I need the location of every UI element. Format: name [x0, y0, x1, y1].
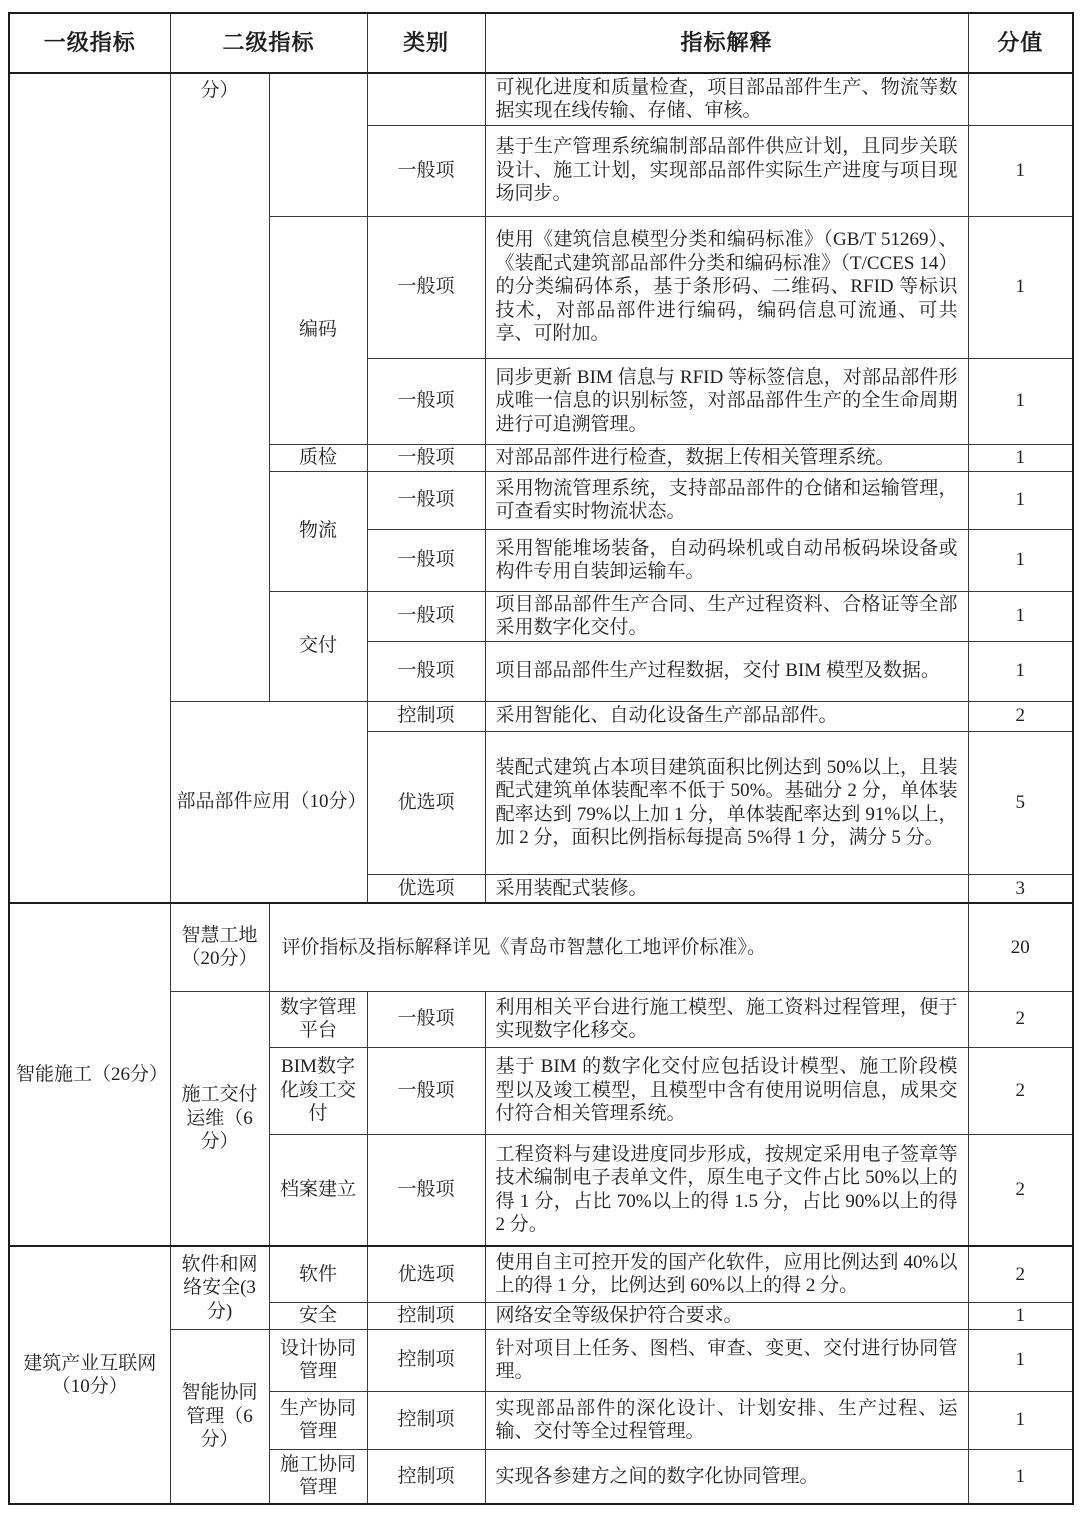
category-cell: 一般项 [367, 591, 485, 641]
score-cell: 1 [968, 1391, 1073, 1449]
category-cell: 一般项 [367, 991, 485, 1047]
score-cell: 5 [968, 731, 1073, 874]
level1-cell-empty [9, 73, 170, 903]
explanation-cell: 针对项目上任务、图档、审查、变更、交付进行协同管理。 [485, 1329, 968, 1391]
header-level1-indicator: 一级指标 [9, 13, 170, 73]
indicator-table: 一级指标 二级指标 类别 指标解释 分值 分） 可视化进度和质量检查，项目部品部… [8, 12, 1074, 1505]
level2-item-cell-empty [269, 73, 367, 216]
category-cell: 一般项 [367, 1134, 485, 1246]
explanation-cell: 实现部品部件的深化设计、计划安排、生产过程、运输、交付等全过程管理。 [485, 1391, 968, 1449]
category-cell: 控制项 [367, 1391, 485, 1449]
level2-item-cell: 软件 [269, 1246, 367, 1302]
level2-item-cell: 数字管理平台 [269, 991, 367, 1047]
category-cell: 优选项 [367, 731, 485, 874]
level2-group-cell: 施工交付运维（6分） [170, 991, 269, 1246]
explanation-cell: 采用装配式装修。 [485, 874, 968, 903]
header-category: 类别 [367, 13, 485, 73]
score-cell: 1 [968, 444, 1073, 471]
level2-item-cell: 设计协同管理 [269, 1329, 367, 1391]
explanation-cell: 对部品部件进行检查，数据上传相关管理系统。 [485, 444, 968, 471]
score-cell: 1 [968, 529, 1073, 591]
score-cell: 2 [968, 1246, 1073, 1302]
score-cell: 1 [968, 1329, 1073, 1391]
score-cell: 1 [968, 125, 1073, 216]
category-cell: 一般项 [367, 125, 485, 216]
level2-item-cell: 生产协同管理 [269, 1391, 367, 1449]
explanation-cell: 采用智能化、自动化设备生产部品部件。 [485, 701, 968, 731]
explanation-cell-wide: 评价指标及指标解释详见《青岛市智慧化工地评价标准》。 [269, 903, 968, 991]
category-cell: 控制项 [367, 1302, 485, 1329]
level1-cell: 建筑产业互联网（10分） [9, 1246, 170, 1504]
explanation-cell: 基于 BIM 的数字化交付应包括设计模型、施工阶段模型以及竣工模型，且模型中含有… [485, 1047, 968, 1134]
explanation-cell: 使用自主可控开发的国产化软件，应用比例达到 40%以上的得 1 分，比例达到 6… [485, 1246, 968, 1302]
score-cell: 1 [968, 471, 1073, 529]
score-cell: 1 [968, 591, 1073, 641]
header-score: 分值 [968, 13, 1073, 73]
score-cell: 2 [968, 1134, 1073, 1246]
score-cell: 2 [968, 1047, 1073, 1134]
level2-item-cell: 档案建立 [269, 1134, 367, 1246]
category-cell: 控制项 [367, 701, 485, 731]
level2-group-cell: 软件和网络安全(3分) [170, 1246, 269, 1329]
header-explanation: 指标解释 [485, 13, 968, 73]
category-cell: 一般项 [367, 358, 485, 444]
score-cell [968, 73, 1073, 125]
category-cell: 优选项 [367, 874, 485, 903]
level2-item-cell: 施工协同管理 [269, 1449, 367, 1504]
table-row: 分） 可视化进度和质量检查，项目部品部件生产、物流等数据实现在线传输、存储、审核… [9, 73, 1073, 125]
category-cell [367, 73, 485, 125]
score-cell: 1 [968, 1449, 1073, 1504]
score-cell: 2 [968, 701, 1073, 731]
score-cell: 3 [968, 874, 1073, 903]
score-cell: 1 [968, 216, 1073, 358]
explanation-cell: 实现各参建方之间的数字化协同管理。 [485, 1449, 968, 1504]
score-cell: 1 [968, 641, 1073, 701]
level2-item-cell: 质检 [269, 444, 367, 471]
level2-item-cell: BIM数字化竣工交付 [269, 1047, 367, 1134]
explanation-cell: 装配式建筑占本项目建筑面积比例达到 50%以上，且装配式建筑单体装配率不低于 5… [485, 731, 968, 874]
category-cell: 一般项 [367, 641, 485, 701]
explanation-cell: 可视化进度和质量检查，项目部品部件生产、物流等数据实现在线传输、存储、审核。 [485, 73, 968, 125]
level2-group-cell: 智能协同管理（6分） [170, 1329, 269, 1504]
document-page: 一级指标 二级指标 类别 指标解释 分值 分） 可视化进度和质量检查，项目部品部… [8, 12, 1072, 1505]
table-row-section-industry-internet: 建筑产业互联网（10分） 软件和网络安全(3分) 软件 优选项 使用自主可控开发… [9, 1246, 1073, 1302]
level2-item-cell: 编码 [269, 216, 367, 444]
level2-item-cell: 交付 [269, 591, 367, 701]
level2-group-cell: 智慧工地（20分） [170, 903, 269, 991]
explanation-cell: 项目部品部件生产过程数据，交付 BIM 模型及数据。 [485, 641, 968, 701]
score-cell: 1 [968, 358, 1073, 444]
category-cell: 一般项 [367, 471, 485, 529]
explanation-cell: 利用相关平台进行施工模型、施工资料过程管理，便于实现数字化移交。 [485, 991, 968, 1047]
explanation-cell: 工程资料与建设进度同步形成，按规定采用电子签章等技术编制电子表单文件，原生电子文… [485, 1134, 968, 1246]
score-cell: 2 [968, 991, 1073, 1047]
explanation-cell: 采用物流管理系统，支持部品部件的仓储和运输管理，可查看实时物流状态。 [485, 471, 968, 529]
explanation-cell: 项目部品部件生产合同、生产过程资料、合格证等全部采用数字化交付。 [485, 591, 968, 641]
category-cell: 优选项 [367, 1246, 485, 1302]
score-cell: 1 [968, 1302, 1073, 1329]
header-level2-indicator: 二级指标 [170, 13, 367, 73]
table-row-section-smart-construction: 智能施工（26分） 智慧工地（20分） 评价指标及指标解释详见《青岛市智慧化工地… [9, 903, 1073, 991]
explanation-cell: 使用《建筑信息模型分类和编码标准》（GB/T 51269）、《装配式建筑部品部件… [485, 216, 968, 358]
level1-cell: 智能施工（26分） [9, 903, 170, 1246]
score-cell: 20 [968, 903, 1073, 991]
category-cell: 一般项 [367, 1047, 485, 1134]
table-header-row: 一级指标 二级指标 类别 指标解释 分值 [9, 13, 1073, 73]
category-cell: 一般项 [367, 444, 485, 471]
category-cell: 一般项 [367, 529, 485, 591]
explanation-cell: 基于生产管理系统编制部品部件供应计划，且同步关联设计、施工计划，实现部品部件实际… [485, 125, 968, 216]
explanation-cell: 采用智能堆场装备，自动码垛机或自动吊板码垛设备或构件专用自装卸运输车。 [485, 529, 968, 591]
level2-group-cell-continuation: 分） [170, 73, 269, 701]
level2-item-cell: 物流 [269, 471, 367, 591]
explanation-cell: 同步更新 BIM 信息与 RFID 等标签信息，对部品部件形成唯一信息的识别标签… [485, 358, 968, 444]
explanation-cell: 网络安全等级保护符合要求。 [485, 1302, 968, 1329]
level2-group-cell: 部品部件应用（10分） [170, 701, 367, 903]
level2-item-cell: 安全 [269, 1302, 367, 1329]
category-cell: 控制项 [367, 1449, 485, 1504]
category-cell: 控制项 [367, 1329, 485, 1391]
category-cell: 一般项 [367, 216, 485, 358]
